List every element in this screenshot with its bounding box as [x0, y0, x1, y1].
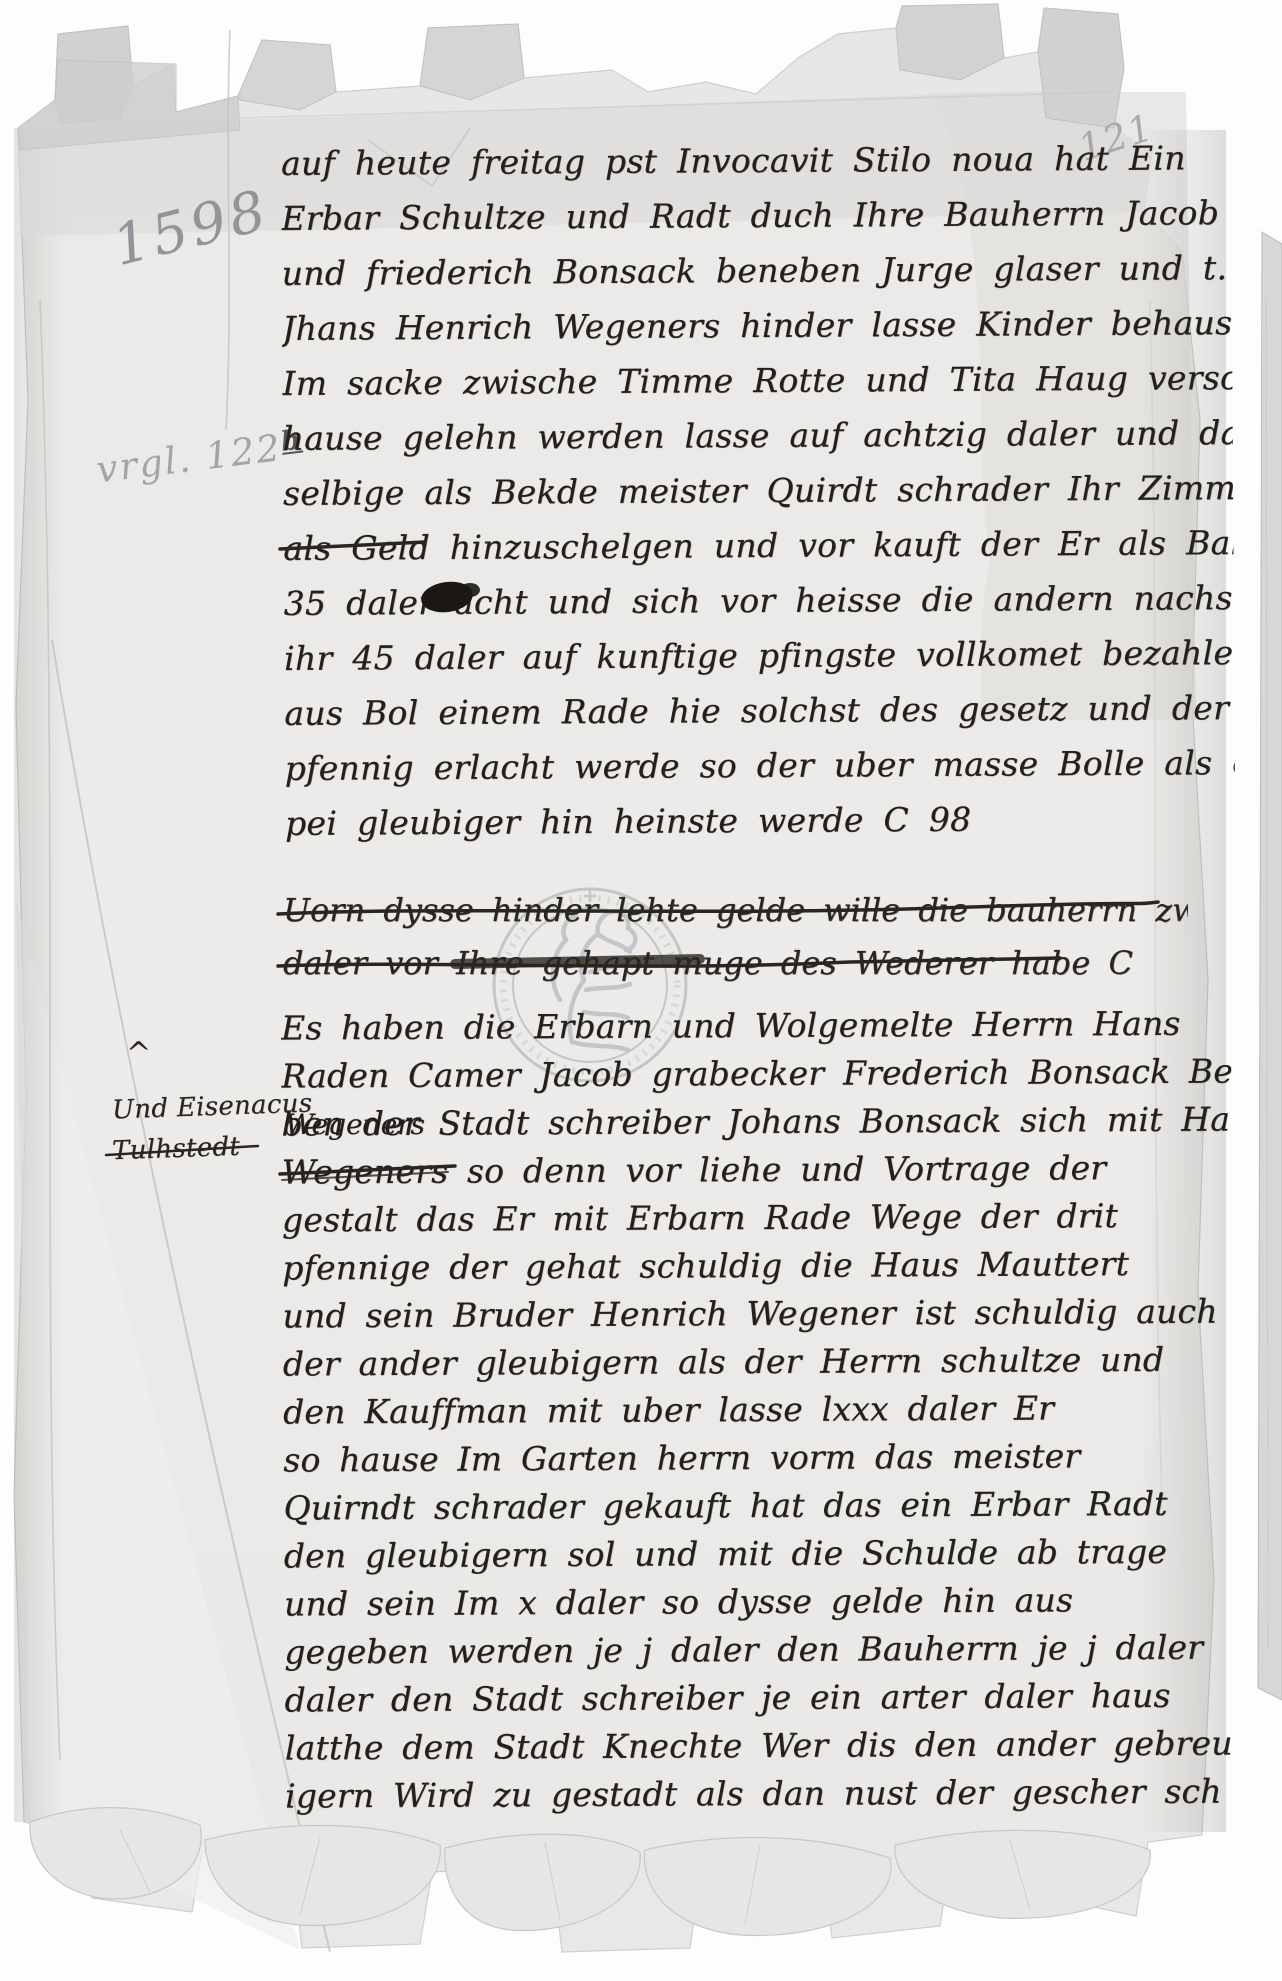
strike-margin-note — [106, 1146, 258, 1155]
heavy-deletion-smudge — [455, 959, 700, 964]
ink-marks-overlay — [0, 0, 1282, 1981]
scanned-manuscript-page: 1598 vrgl. 122b 121 auf heute freitag ps… — [0, 0, 1282, 1981]
strike-als-geld — [280, 542, 425, 549]
ink-blot — [419, 579, 480, 616]
strike-cancelled-line1 — [278, 902, 1158, 914]
